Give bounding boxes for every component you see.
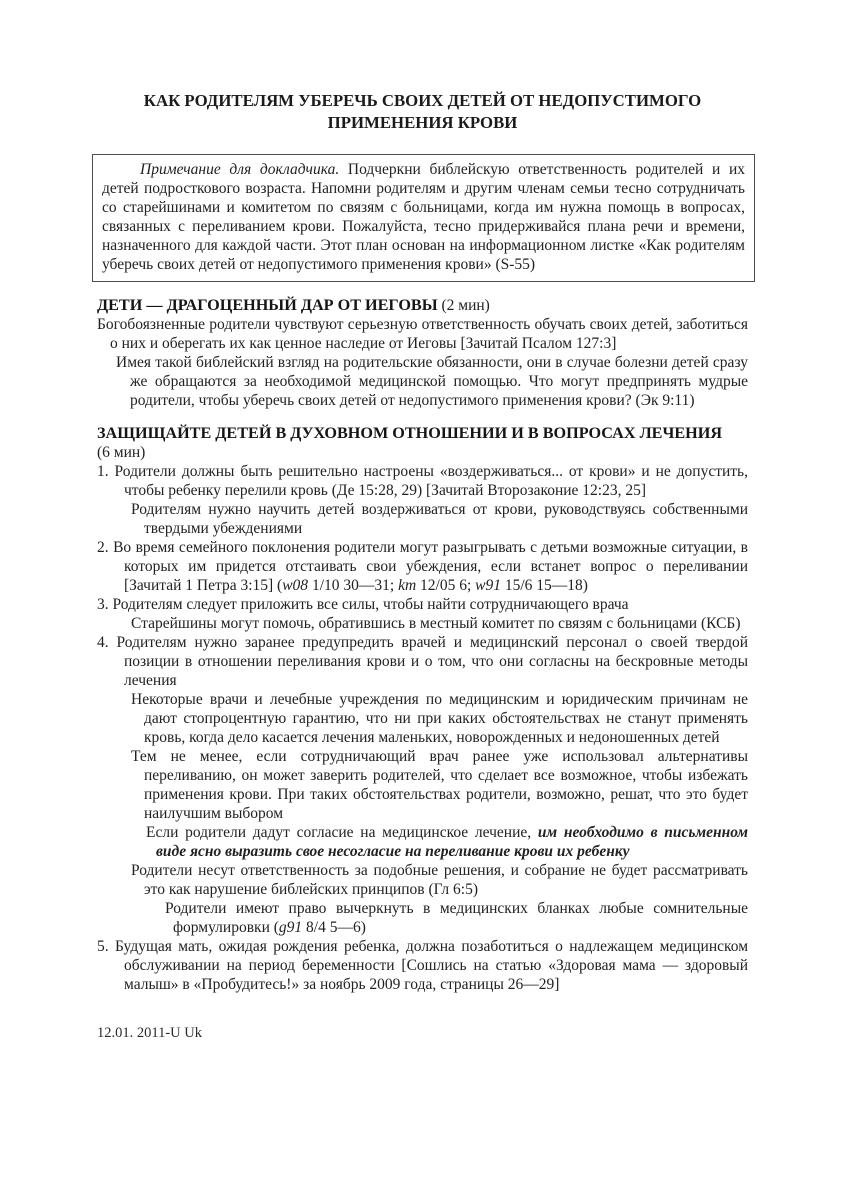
item-2-number: 2. bbox=[97, 539, 109, 556]
list-item-4-sub-1: Некоторые врачи и лечебные учреждения по… bbox=[97, 690, 748, 747]
document-page: КАК РОДИТЕЛЯМ УБЕРЕЧЬ СВОИХ ДЕТЕЙ ОТ НЕД… bbox=[0, 0, 848, 1200]
item-4-sub-5-seg-0: Родители имеют право вычеркнуть в медици… bbox=[165, 900, 748, 936]
list-item-5: 5. Будущая мать, ожидая рождения ребенка… bbox=[97, 937, 748, 994]
item-5-text: Будущая мать, ожидая рождения ребенка, д… bbox=[115, 938, 748, 993]
document-code: 12.01. 2011-U Uk bbox=[97, 1024, 748, 1043]
speaker-note-box: Примечание для докладчика. Подчеркни биб… bbox=[92, 154, 755, 282]
item-4-number: 4. bbox=[97, 634, 109, 651]
section-2-heading-text: ЗАЩИЩАЙТЕ ДЕТЕЙ В ДУХОВНОМ ОТНОШЕНИИ И В… bbox=[97, 424, 722, 442]
list-item-2: 2. Во время семейного поклонения родител… bbox=[97, 538, 748, 595]
item-2-seg-1: 1/10 30—31; bbox=[308, 577, 398, 594]
section-protect-children: ЗАЩИЩАЙТЕ ДЕТЕЙ В ДУХОВНОМ ОТНОШЕНИИ И В… bbox=[97, 424, 748, 994]
title-line-1: КАК РОДИТЕЛЯМ УБЕРЕЧЬ СВОИХ ДЕТЕЙ ОТ НЕД… bbox=[97, 90, 748, 112]
item-4-text: Родителям нужно заранее предупредить вра… bbox=[117, 634, 748, 689]
list-item-4-sub-4: Родители несут ответственность за подобн… bbox=[97, 861, 748, 899]
section-1-heading-text: ДЕТИ — ДРАГОЦЕННЫЙ ДАР ОТ ИЕГОВЫ bbox=[97, 296, 438, 314]
section-2-duration: (6 мин) bbox=[97, 443, 748, 462]
list-item-4-sub-3: Если родители дадут согласие на медицинс… bbox=[97, 823, 748, 861]
speaker-note-text: Примечание для докладчика. Подчеркни биб… bbox=[102, 160, 745, 274]
item-3-text: Родителям следует приложить все силы, чт… bbox=[113, 596, 629, 613]
publication-ref-w91: w91 bbox=[475, 577, 501, 594]
section-1-paragraph-1: Богобоязненные родители чувствуют серьез… bbox=[97, 315, 748, 353]
item-3-number: 3. bbox=[97, 596, 109, 613]
list-item-1-sub: Родителям нужно научить детей воздержива… bbox=[97, 500, 748, 538]
item-4-sub-3-plain: Если родители дадут согласие на медицинс… bbox=[146, 824, 538, 841]
item-2-seg-2: 12/05 6; bbox=[416, 577, 475, 594]
list-item-1: 1. Родители должны быть решительно настр… bbox=[97, 462, 748, 500]
item-4-sub-5-seg-1: 8/4 5—6) bbox=[302, 919, 366, 936]
item-5-number: 5. bbox=[97, 938, 109, 955]
section-children-gift: ДЕТИ — ДРАГОЦЕННЫЙ ДАР ОТ ИЕГОВЫ (2 мин)… bbox=[97, 296, 748, 410]
section-2-heading: ЗАЩИЩАЙТЕ ДЕТЕЙ В ДУХОВНОМ ОТНОШЕНИИ И В… bbox=[97, 424, 748, 443]
section-1-paragraph-2: Имея такой библейский взгляд на родитель… bbox=[97, 353, 748, 410]
item-1-text: Родители должны быть решительно настроен… bbox=[115, 463, 748, 499]
section-1-duration: (2 мин) bbox=[441, 297, 489, 314]
publication-ref-km: km bbox=[398, 577, 416, 594]
list-item-3-sub: Старейшины могут помочь, обратившись в м… bbox=[97, 614, 748, 633]
section-1-heading: ДЕТИ — ДРАГОЦЕННЫЙ ДАР ОТ ИЕГОВЫ (2 мин) bbox=[97, 296, 748, 315]
list-item-4: 4. Родителям нужно заранее предупредить … bbox=[97, 633, 748, 690]
list-item-4-sub-5: Родители имеют право вычеркнуть в медици… bbox=[97, 899, 748, 937]
title-line-2: ПРИМЕНЕНИЯ КРОВИ bbox=[97, 112, 748, 134]
note-lead-italic: Примечание для докладчика. bbox=[140, 161, 339, 178]
list-item-3: 3. Родителям следует приложить все силы,… bbox=[97, 595, 748, 614]
document-title: КАК РОДИТЕЛЯМ УБЕРЕЧЬ СВОИХ ДЕТЕЙ ОТ НЕД… bbox=[97, 90, 748, 134]
list-item-4-sub-2: Тем не менее, если сотрудничающий врач р… bbox=[97, 747, 748, 823]
publication-ref-w08: w08 bbox=[282, 577, 308, 594]
item-1-number: 1. bbox=[97, 463, 109, 480]
item-2-text: Во время семейного поклонения родители м… bbox=[113, 539, 748, 594]
publication-ref-g91: g91 bbox=[279, 919, 302, 936]
item-2-seg-3: 15/6 15—18) bbox=[501, 577, 588, 594]
